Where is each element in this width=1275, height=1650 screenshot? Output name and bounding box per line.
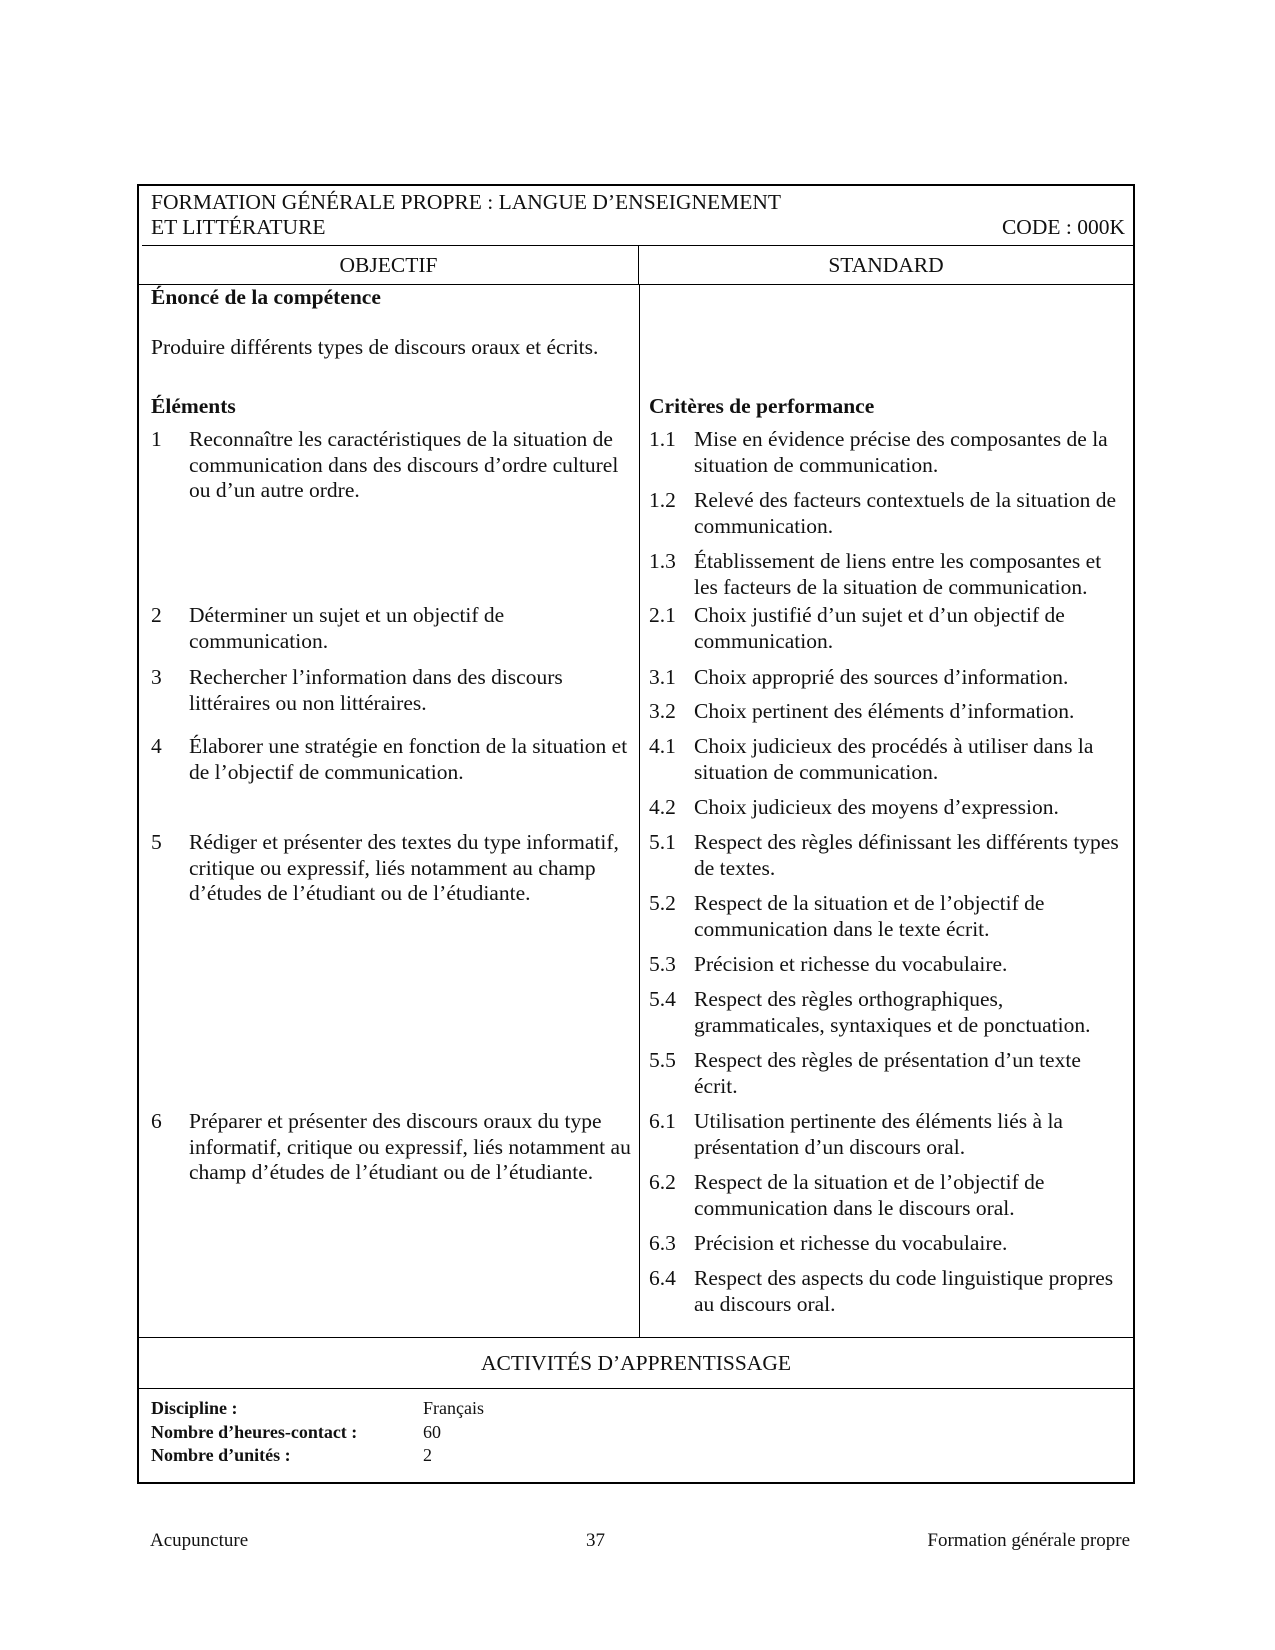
element-number: 4 <box>151 734 189 785</box>
criterion-text: Choix judicieux des procédés à utiliser … <box>694 734 1129 785</box>
contact-hours-row: Nombre d’heures-contact : 60 <box>151 1421 1121 1445</box>
criterion-item: 3.1 Choix approprié des sources d’inform… <box>649 665 1129 691</box>
criterion-item: 5.4 Respect des règles orthographiques, … <box>649 987 1129 1038</box>
criterion-number: 4.1 <box>649 734 694 785</box>
competency-table: FORMATION GÉNÉRALE PROPRE : LANGUE D’ENS… <box>137 184 1135 1484</box>
units-label: Nombre d’unités : <box>151 1444 423 1468</box>
criterion-text: Précision et richesse du vocabulaire. <box>694 1231 1129 1257</box>
element-text: Reconnaître les caractéristiques de la s… <box>189 427 631 504</box>
discipline-value: Français <box>423 1397 484 1421</box>
criterion-text: Respect des règles définissant les diffé… <box>694 830 1129 881</box>
element-text: Rechercher l’information dans des discou… <box>189 665 631 716</box>
criterion-text: Précision et richesse du vocabulaire. <box>694 952 1129 978</box>
criterion-text: Respect des règles de présentation d’un … <box>694 1048 1129 1099</box>
column-header-standard: STANDARD <box>639 246 1133 284</box>
units-value: 2 <box>423 1444 432 1468</box>
element-text: Élaborer une stratégie en fonction de la… <box>189 734 631 785</box>
column-divider <box>639 285 640 1337</box>
element-number: 1 <box>151 427 189 504</box>
criterion-text: Utilisation pertinente des éléments liés… <box>694 1109 1129 1160</box>
element-item: 1 Reconnaître les caractéristiques de la… <box>151 427 631 504</box>
criterion-number: 5.5 <box>649 1048 694 1099</box>
footer-section: Formation générale propre <box>927 1530 1130 1552</box>
criterion-number: 2.1 <box>649 603 694 654</box>
criterion-item: 6.3 Précision et richesse du vocabulaire… <box>649 1231 1129 1257</box>
criterion-number: 5.1 <box>649 830 694 881</box>
criterion-number: 6.2 <box>649 1170 694 1221</box>
contact-hours-label: Nombre d’heures-contact : <box>151 1421 423 1445</box>
criterion-item: 6.1 Utilisation pertinente des éléments … <box>649 1109 1129 1160</box>
criterion-item: 1.1 Mise en évidence précise des composa… <box>649 427 1129 478</box>
element-text: Déterminer un sujet et un objectif de co… <box>189 603 631 654</box>
criterion-text: Choix judicieux des moyens d’expression. <box>694 795 1129 821</box>
element-number: 3 <box>151 665 189 716</box>
criterion-item: 2.1 Choix justifié d’un sujet et d’un ob… <box>649 603 1129 654</box>
criterion-number: 5.3 <box>649 952 694 978</box>
element-item: 3 Rechercher l’information dans des disc… <box>151 665 631 716</box>
discipline-label: Discipline : <box>151 1397 423 1421</box>
criterion-text: Respect de la situation et de l’objectif… <box>694 1170 1129 1221</box>
criterion-text: Choix pertinent des éléments d’informati… <box>694 699 1129 725</box>
column-headers: OBJECTIF STANDARD <box>139 246 1133 284</box>
criterion-number: 3.2 <box>649 699 694 725</box>
competence-text: Produire différents types de discours or… <box>151 335 598 361</box>
element-item: 2 Déterminer un sujet et un objectif de … <box>151 603 631 654</box>
criterion-text: Établissement de liens entre les composa… <box>694 549 1129 600</box>
criterion-item: 6.4 Respect des aspects du code linguist… <box>649 1266 1129 1317</box>
criterion-text: Mise en évidence précise des composantes… <box>694 427 1129 478</box>
criterion-number: 3.1 <box>649 665 694 691</box>
activities-heading: ACTIVITÉS D’APPRENTISSAGE <box>139 1338 1133 1388</box>
criterion-item: 3.2 Choix pertinent des éléments d’infor… <box>649 699 1129 725</box>
criterion-text: Respect de la situation et de l’objectif… <box>694 891 1129 942</box>
element-item: 4 Élaborer une stratégie en fonction de … <box>151 734 631 785</box>
discipline-row: Discipline : Français <box>151 1397 1121 1421</box>
element-text: Rédiger et présenter des textes du type … <box>189 830 631 907</box>
element-item: 5 Rédiger et présenter des textes du typ… <box>151 830 631 907</box>
criterion-text: Choix approprié des sources d’informatio… <box>694 665 1129 691</box>
criterion-item: 5.3 Précision et richesse du vocabulaire… <box>649 952 1129 978</box>
criterion-text: Choix justifié d’un sujet et d’un object… <box>694 603 1129 654</box>
element-number: 5 <box>151 830 189 907</box>
activities-details: Discipline : Français Nombre d’heures-co… <box>139 1389 1133 1482</box>
criterion-number: 6.3 <box>649 1231 694 1257</box>
elements-heading: Éléments <box>151 394 236 420</box>
criterion-number: 6.1 <box>649 1109 694 1160</box>
criteria-heading: Critères de performance <box>649 394 874 420</box>
criterion-number: 1.2 <box>649 488 694 539</box>
criterion-text: Respect des règles orthographiques, gram… <box>694 987 1129 1038</box>
element-text: Préparer et présenter des discours oraux… <box>189 1109 631 1186</box>
column-header-objectif: OBJECTIF <box>139 246 639 284</box>
criterion-item: 4.2 Choix judicieux des moyens d’express… <box>649 795 1129 821</box>
criterion-number: 5.4 <box>649 987 694 1038</box>
page-footer: Acupuncture 37 Formation générale propre <box>150 1530 1130 1556</box>
table-title: FORMATION GÉNÉRALE PROPRE : LANGUE D’ENS… <box>139 186 1133 245</box>
page-number: 37 <box>586 1530 605 1552</box>
criterion-number: 1.1 <box>649 427 694 478</box>
footer-program: Acupuncture <box>150 1530 248 1552</box>
units-row: Nombre d’unités : 2 <box>151 1444 1121 1468</box>
criterion-number: 4.2 <box>649 795 694 821</box>
element-item: 6 Préparer et présenter des discours ora… <box>151 1109 631 1186</box>
contact-hours-value: 60 <box>423 1421 441 1445</box>
criterion-item: 1.2 Relevé des facteurs contextuels de l… <box>649 488 1129 539</box>
table-body: Énoncé de la compétence Produire différe… <box>139 285 1133 1337</box>
criterion-item: 6.2 Respect de la situation et de l’obje… <box>649 1170 1129 1221</box>
criterion-text: Relevé des facteurs contextuels de la si… <box>694 488 1129 539</box>
title-line-1: FORMATION GÉNÉRALE PROPRE : LANGUE D’ENS… <box>151 190 1125 215</box>
criterion-text: Respect des aspects du code linguistique… <box>694 1266 1129 1317</box>
title-line-2: ET LITTÉRATURE <box>151 215 326 240</box>
criterion-item: 1.3 Établissement de liens entre les com… <box>649 549 1129 600</box>
element-number: 2 <box>151 603 189 654</box>
criterion-item: 5.1 Respect des règles définissant les d… <box>649 830 1129 881</box>
criterion-item: 5.5 Respect des règles de présentation d… <box>649 1048 1129 1099</box>
course-code: CODE : 000K <box>1002 215 1125 240</box>
element-number: 6 <box>151 1109 189 1186</box>
competence-heading: Énoncé de la compétence <box>151 285 381 311</box>
criterion-item: 4.1 Choix judicieux des procédés à utili… <box>649 734 1129 785</box>
criterion-number: 6.4 <box>649 1266 694 1317</box>
criterion-number: 1.3 <box>649 549 694 600</box>
criterion-item: 5.2 Respect de la situation et de l’obje… <box>649 891 1129 942</box>
criterion-number: 5.2 <box>649 891 694 942</box>
